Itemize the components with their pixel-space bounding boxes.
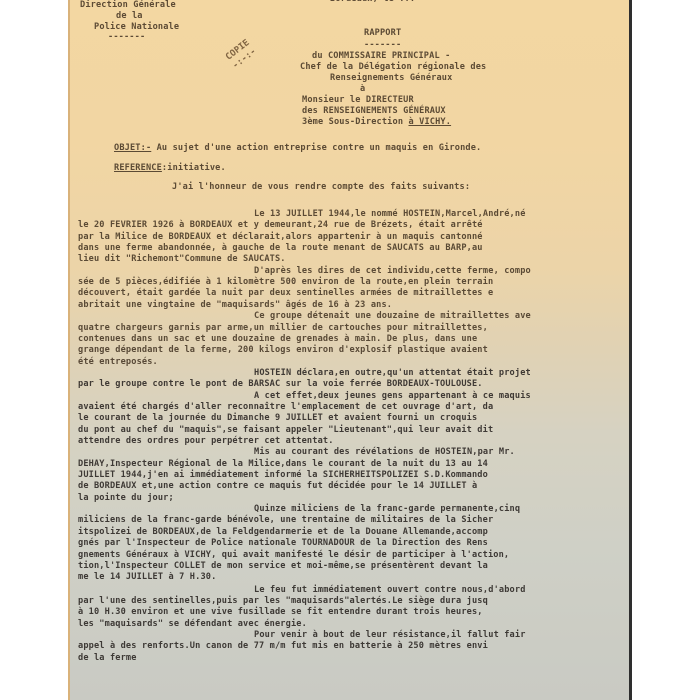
body-line: gnements Généraux à VICHY, qui avait man… xyxy=(78,550,509,560)
body-line: par le groupe contre le pont de BARSAC s… xyxy=(78,379,483,389)
body-line: Le 13 JUILLET 1944,le nommé HOSTEIN,Marc… xyxy=(254,209,526,219)
body-line: itspolizei de BORDEAUX,de la Feldgendarm… xyxy=(78,527,488,537)
body-line: Mis au courant des révélations de HOSTEI… xyxy=(254,447,515,457)
body-line: attendre des ordres pour perpétrer cet a… xyxy=(78,436,334,446)
body-line: Quinze miliciens de la franc-garde perma… xyxy=(254,504,520,514)
reference-text: :initiative. xyxy=(162,163,226,173)
copie-stamp: COPIE -:-:- xyxy=(224,38,259,72)
from-line-2: Chef de la Délégation régionale des xyxy=(300,62,486,72)
body-line: de la ferme xyxy=(78,653,137,663)
body-line: le 20 FEVRIER 1926 à BORDEAUX et y demeu… xyxy=(78,220,483,230)
body-line: été entreposés. xyxy=(78,357,158,367)
body-line: Pour venir à bout de leur résistance,il … xyxy=(254,630,526,640)
from-line-1: du COMMISSAIRE PRINCIPAL - xyxy=(312,51,450,61)
body-line: appel à des renforts.Un canon de 77 m/m … xyxy=(78,641,488,651)
to-line-3-text: 3ème Sous-Direction xyxy=(302,117,408,127)
body-line: miliciens de la franc-garde bénévole, un… xyxy=(78,515,493,525)
objet-label: OBJET:- xyxy=(114,143,151,153)
body-line: grange dépendant de la ferme, 200 kilogs… xyxy=(78,345,488,355)
body-line: contenues dans un sac et une douzaine de… xyxy=(78,334,477,344)
header-police-nationale: Police Nationale xyxy=(94,22,179,32)
body-line: quatre chargeurs garnis par arme,un mill… xyxy=(78,323,488,333)
reference-label: REFERENCE xyxy=(114,163,162,173)
to-line-1: Monsieur le DIRECTEUR xyxy=(302,95,414,105)
body-line: de BORDEAUX et,une action contre ce maqu… xyxy=(78,481,477,491)
body-line: du pont au chef du "maquis",se faisant a… xyxy=(78,425,493,435)
header-rule: ------- xyxy=(108,32,145,42)
objet-text: Au sujet d'une action entreprise contre … xyxy=(151,143,481,153)
header-de-la: de la xyxy=(116,11,143,21)
header-direction-generale: Direction Générale xyxy=(80,0,176,10)
to-line-3: 3ème Sous-Direction à VICHY. xyxy=(302,117,451,127)
body-line: me le 14 JUILLET à 7 H.30. xyxy=(78,572,216,582)
body-line: Le feu fut immédiatement ouvert contre n… xyxy=(254,585,526,595)
body-line: tion,l'Inspecteur COLLET de mon service … xyxy=(78,561,488,571)
report-title: RAPPORT xyxy=(364,28,401,38)
from-line-3: Renseignements Généraux xyxy=(330,73,452,83)
to-marker: à xyxy=(360,84,365,94)
body-line: D'après les dires de cet individu,cette … xyxy=(254,266,531,276)
body-line: avaient été chargés d'aller reconnaître … xyxy=(78,402,493,412)
intro-line: J'ai l'honneur de vous rendre compte des… xyxy=(172,182,470,192)
body-line: par l'une des sentinelles,puis par les "… xyxy=(78,596,488,606)
to-line-2: des RENSEIGNEMENTS GÉNÉRAUX xyxy=(302,106,446,116)
body-line: DEHAY,Inspecteur Régional de la Milice,d… xyxy=(78,459,488,469)
body-line: par la Milice de BORDEAUX et déclarait,a… xyxy=(78,232,483,242)
body-line: dans une ferme abandonnée, à gauche de l… xyxy=(78,243,483,253)
body-line: le courant de la journée du Dimanche 9 J… xyxy=(78,413,477,423)
objet-line: OBJET:- Au sujet d'une action entreprise… xyxy=(114,143,481,153)
body-line: les "maquisards" se défendant avec énerg… xyxy=(78,619,307,629)
body-line: découvert, était gardée la nuit par deux… xyxy=(78,288,493,298)
scanned-document-page: Direction Générale de la Police National… xyxy=(68,0,632,700)
body-line: Ce groupe détenait une douzaine de mitra… xyxy=(254,311,531,321)
body-line: la pointe du jour; xyxy=(78,493,174,503)
body-line: sée de 5 pièces,édifiée à 1 kilomètre 50… xyxy=(78,277,493,287)
to-line-3-place: à VICHY. xyxy=(408,117,451,127)
report-title-rule: ------- xyxy=(364,40,401,50)
body-line: HOSTEIN déclara,en outre,qu'un attentat … xyxy=(254,368,531,378)
body-line: JUILLET 1944,j'en ai immédiatement infor… xyxy=(78,470,488,480)
body-line: A cet effet,deux jeunes gens appartenant… xyxy=(254,391,531,401)
reference-line: REFERENCE:initiative. xyxy=(114,163,226,173)
body-line: lieu dit "Richemont"Commune de SAUCATS. xyxy=(78,254,286,264)
body-line: gnés par l'Inspecteur de Police national… xyxy=(78,538,488,548)
body-line: à 10 H.30 environ et une vive fusillade … xyxy=(78,607,483,617)
body-line: abritait une vingtaine de "maquisards" â… xyxy=(78,300,392,310)
header-place-date: Bordeaux, le ... xyxy=(330,0,415,4)
